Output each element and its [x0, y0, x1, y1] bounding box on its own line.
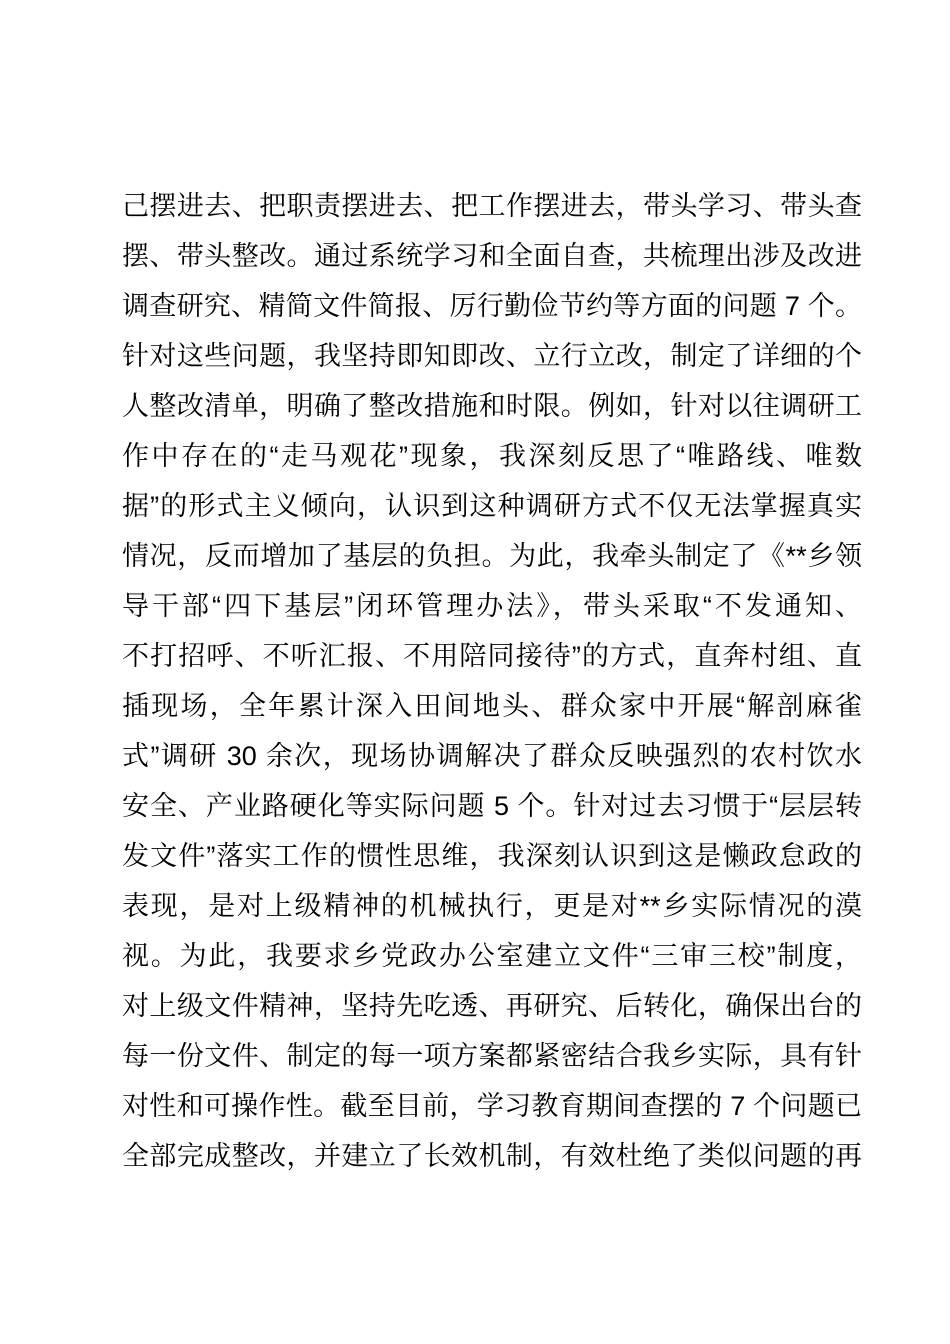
text-line: 每一份文件、制定的每一项方案都紧密结合我乡实际，具有针 [122, 1031, 862, 1081]
text-line: 人整改清单，明确了整改措施和时限。例如，针对以往调研工 [122, 381, 862, 431]
text-line: 不打招呼、不听汇报、不用陪同接待”的方式，直奔村组、直 [122, 631, 862, 681]
text-line: 式”调研 30 余次，现场协调解决了群众反映强烈的农村饮水 [122, 731, 862, 781]
document-page: 己摆进去、把职责摆进去、把工作摆进去，带头学习、带头查 摆、带头整改。通过系统学… [0, 0, 950, 1344]
paragraph-body: 己摆进去、把职责摆进去、把工作摆进去，带头学习、带头查 摆、带头整改。通过系统学… [122, 181, 862, 1181]
text-line: 安全、产业路硬化等实际问题 5 个。针对过去习惯于“层层转 [122, 781, 862, 831]
text-line: 导干部“四下基层”闭环管理办法》，带头采取“不发通知、 [122, 581, 862, 631]
text-line: 表现，是对上级精神的机械执行，更是对**乡实际情况的漠 [122, 881, 862, 931]
text-line: 对性和可操作性。截至目前，学习教育期间查摆的 7 个问题已 [122, 1081, 862, 1131]
text-line: 全部完成整改，并建立了长效机制，有效杜绝了类似问题的再 [122, 1131, 862, 1181]
text-line: 摆、带头整改。通过系统学习和全面自查，共梳理出涉及改进 [122, 231, 862, 281]
text-line: 作中存在的“走马观花”现象，我深刻反思了“唯路线、唯数 [122, 431, 862, 481]
text-line: 对上级文件精神，坚持先吃透、再研究、后转化，确保出台的 [122, 981, 862, 1031]
text-line: 发文件”落实工作的惯性思维，我深刻认识到这是懒政怠政的 [122, 831, 862, 881]
text-line: 调查研究、精简文件简报、厉行勤俭节约等方面的问题 7 个。 [122, 281, 862, 331]
text-line: 情况，反而增加了基层的负担。为此，我牵头制定了《**乡领 [122, 531, 862, 581]
text-line: 插现场，全年累计深入田间地头、群众家中开展“解剖麻雀 [122, 681, 862, 731]
text-line: 己摆进去、把职责摆进去、把工作摆进去，带头学习、带头查 [122, 181, 862, 231]
text-line: 据”的形式主义倾向，认识到这种调研方式不仅无法掌握真实 [122, 481, 862, 531]
text-line: 视。为此，我要求乡党政办公室建立文件“三审三校”制度， [122, 931, 862, 981]
text-line: 针对这些问题，我坚持即知即改、立行立改，制定了详细的个 [122, 331, 862, 381]
